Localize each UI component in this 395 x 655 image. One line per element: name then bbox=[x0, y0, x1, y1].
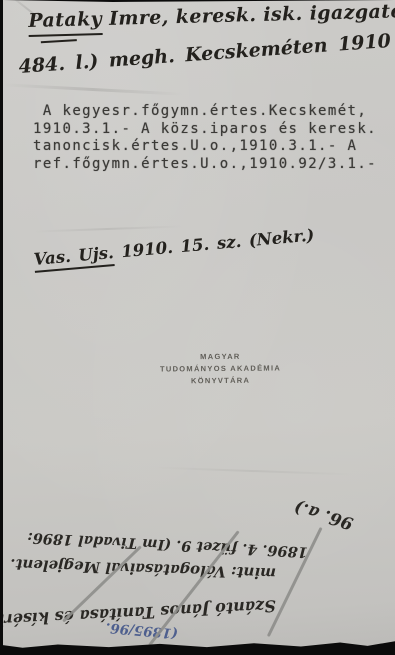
inverted-citation-line: 1896. 4. füzet 9. (Im Tivadal 1896: bbox=[18, 528, 308, 560]
typewritten-citations: A kegyesr.főgymn.értes.Kecskemét, 1910.3… bbox=[33, 103, 377, 173]
paper-crease bbox=[153, 467, 353, 476]
paper-crease bbox=[33, 225, 183, 232]
periodical-note-rest: 1910. 15. sz. (Nekr.) bbox=[113, 225, 315, 261]
entry-name: Pataky bbox=[28, 8, 102, 37]
inverted-page-ref: 96. a.) bbox=[254, 485, 355, 533]
library-stamp: MAGYAR TUDOMÁNYOS AKADÉMIA KÖNYVTÁRA bbox=[133, 350, 308, 388]
paper-crease bbox=[3, 83, 183, 95]
typed-line: tanoncisk.értes.U.o.,1910.3.1.- A bbox=[33, 138, 377, 156]
entry-header-line: Pataky Imre, keresk. isk. igazgató ( k. … bbox=[28, 0, 395, 32]
entry-name-rest: Imre, keresk. isk. igazgató ( k. X: bbox=[102, 0, 395, 30]
typed-line: ref.főgymn.értes.U.o.,1910.92/3.1.- bbox=[33, 156, 377, 174]
inverted-middle-line: mint: Válogatásaival Megjelent. bbox=[18, 556, 276, 583]
stamp-line: KÖNYVTÁRA bbox=[133, 374, 308, 388]
periodical-note: Vas. Ujs. 1910. 15. sz. (Nekr.) bbox=[33, 225, 315, 268]
catalog-card: Pataky Imre, keresk. isk. igazgató ( k. … bbox=[3, 0, 395, 655]
typed-line: 1910.3.1.- A közs.iparos és keresk. bbox=[33, 121, 377, 139]
periodical-source: Vas. Ujs. bbox=[33, 243, 115, 273]
typed-line: A kegyesr.főgymn.értes.Kecskemét, bbox=[33, 103, 377, 121]
